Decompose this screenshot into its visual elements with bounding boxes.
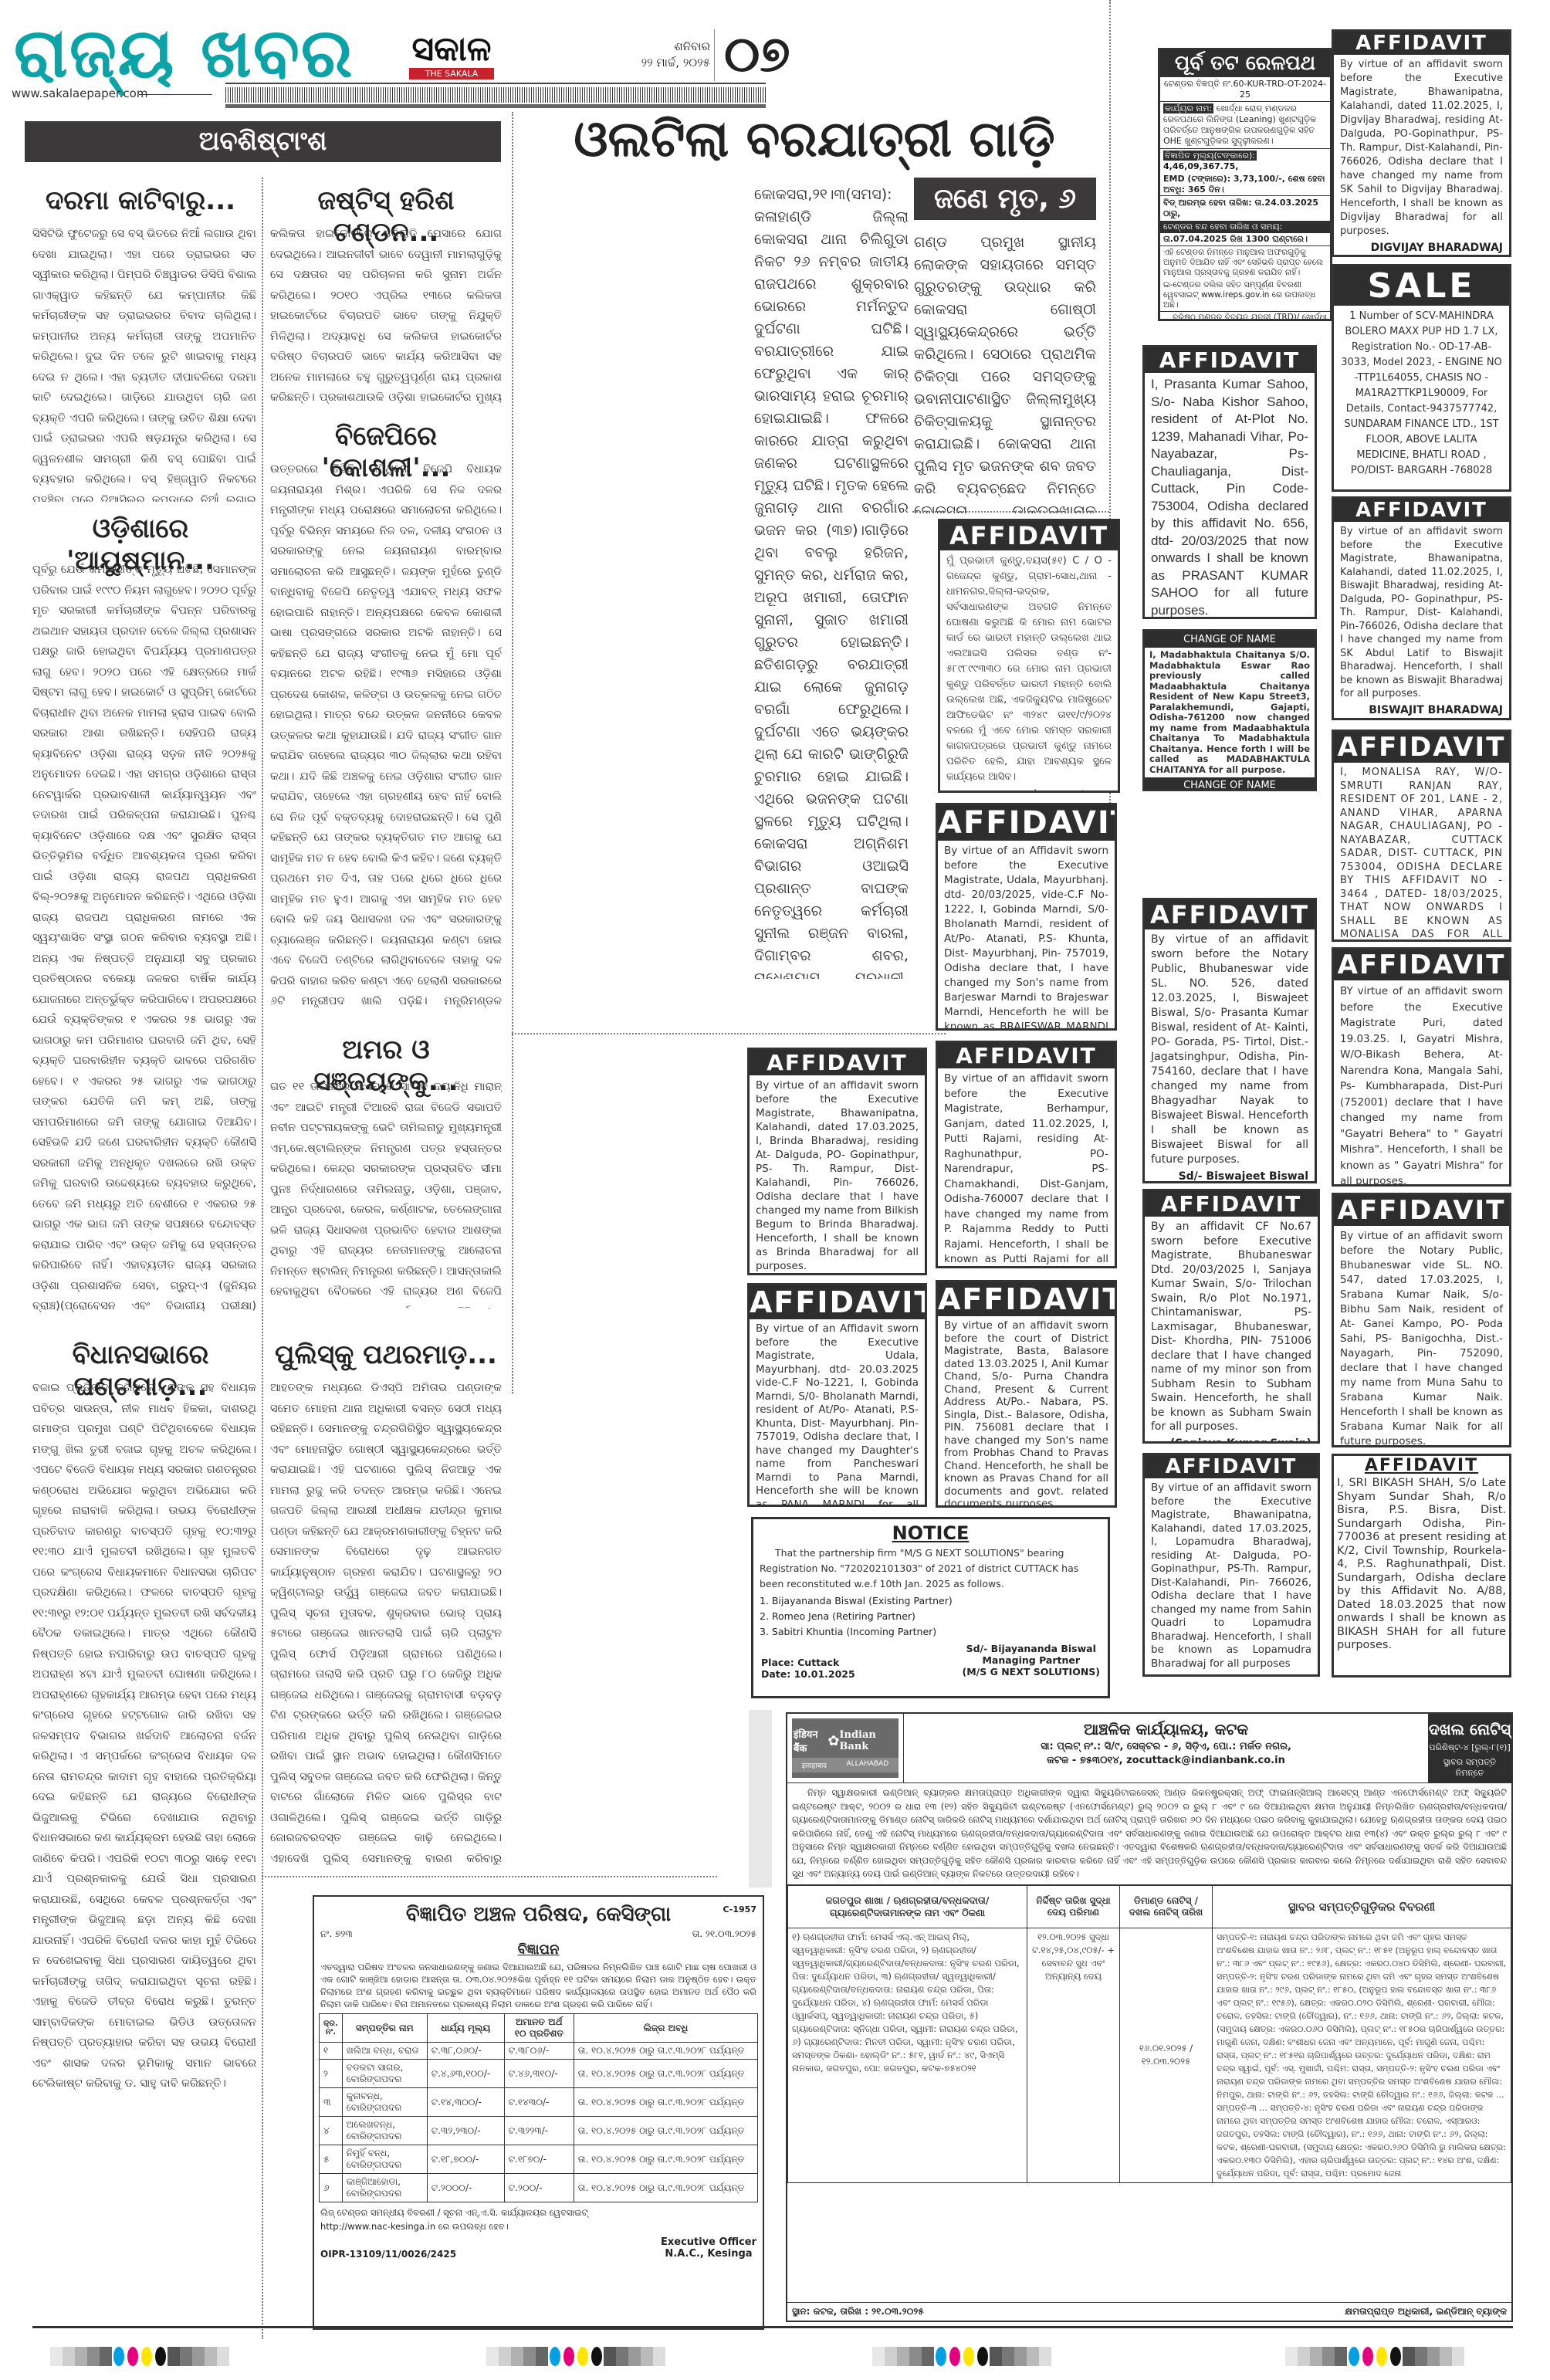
- affidavit-signature: Sd/- Biswajeet Biswal: [1145, 1170, 1315, 1183]
- cell: ତା. ୧୦.୪.୨୦୨୫ ଠାରୁ ତା.୯.୩.୨୦୨୮ ପର୍ଯ୍ୟନ୍ତ: [574, 2174, 757, 2202]
- cell: ଟ.୩୮,୦୬୦/-: [427, 2043, 504, 2060]
- ib-office-block: ଆଞ୍ଚଳିକ କାର୍ଯ୍ୟାଳୟ, କଟକ ସା: ପ୍ଲଟ୍ ନଂ.: ସ…: [903, 1714, 1428, 1782]
- affidavit-signature: DIGVIJAY BHARADWAJ: [1334, 242, 1509, 257]
- affidavit-body: By virtue of an affidavit sworn before t…: [1145, 929, 1315, 1170]
- affidavit-title: AFFIDAVIT: [1334, 499, 1509, 522]
- ib-intro: ନିମ୍ନ ସ୍ୱାକ୍ଷରକାରୀ ଇଣ୍ଡିଆନ୍ ବ୍ୟାଙ୍କର କ୍ଷ…: [787, 1783, 1511, 1885]
- article-body-salary: ସିସିଟିଭି ଫୁଟେଜରୁ ସେ ବସ୍ ଭିତରେ ନିଆଁ ଲଗାଉ …: [32, 224, 256, 502]
- cell: ଟ.୩୨,୨୩୦/-: [427, 2117, 504, 2145]
- affidavit-signature: BISWAJIT BHARADWAJ: [1334, 704, 1509, 719]
- masthead-rule-thick: [225, 104, 766, 108]
- affidavit-title: AFFIDAVIT: [750, 1285, 925, 1319]
- masthead-rule: [225, 83, 766, 84]
- affidavit-biswajeet-biswal[interactable]: AFFIDAVIT By virtue of an affidavit swor…: [1142, 898, 1317, 1183]
- affidavit-brinda[interactable]: AFFIDAVIT By virtue of an affidavit swor…: [747, 1048, 927, 1275]
- issue-day: ଶନିବାର: [610, 39, 710, 55]
- affidavit-body: By virtue of an Affidavit sworn before t…: [750, 1319, 925, 1507]
- cell: ଟ.୩୮୦୬/-: [504, 2043, 574, 2060]
- cell: ୪: [320, 2117, 343, 2145]
- affidavit-title: AFFIDAVIT: [1334, 32, 1509, 55]
- sale-title: SALE: [1334, 266, 1509, 306]
- affidavit-putti[interactable]: AFFIDAVIT By virtue of an affidavit swor…: [936, 1041, 1117, 1268]
- affidavit-signature: ସ୍ୱା/ - ପ୍ରଭାତୀ କୁଣ୍ଡୁ: [940, 788, 1118, 793]
- cell: ଖଲିଆ ବନ୍ଧ, ବରାଡ: [342, 2043, 427, 2060]
- affidavit-biswajit[interactable]: AFFIDAVIT By virtue of an affidavit swor…: [1332, 496, 1511, 720]
- affidavit-body: ମୁଁ ପ୍ରଭାତୀ କୁଣ୍ଡୁ,ବୟସ(୫୧) C / O - ଗଜେନ୍…: [940, 550, 1118, 788]
- affidavit-body: By virtue of an affidavit sworn before t…: [1334, 55, 1509, 242]
- affidavit-gobinda-son[interactable]: AFFIDAVIT By virtue of an Affidavit swor…: [936, 803, 1117, 1031]
- notice-date: Date: 10.01.2025: [761, 1668, 855, 1680]
- table-row: ୩କୁନାବନ୍ଧ, ବୋରିଙ୍ଗପଦରଟ.୧୪,୩୦୦/-ଟ.୧୪୩୦/-ତ…: [320, 2088, 758, 2117]
- notice-sig2: Managing Partner: [963, 1654, 1100, 1666]
- affidavit-prasanta[interactable]: AFFIDAVIT I, Prasanta Kumar Sahoo, S/o- …: [1142, 345, 1317, 619]
- page-number: ୦୭: [714, 29, 790, 81]
- affidavit-title: AFFIDAVIT: [1145, 900, 1315, 929]
- railway-work: କାର୍ଯ୍ୟର ନାମ: ଖୋର୍ଦ୍ଧା ରୋଡ୍ ମଣ୍ଡଳର ରେଳପଥ…: [1160, 102, 1330, 148]
- cell: ୬: [320, 2174, 343, 2202]
- affidavit-signature: (Sanjaya Kumar Swain): [1145, 1437, 1318, 1444]
- affidavit-title: AFFIDAVIT: [1334, 732, 1509, 763]
- cell-property: ସମ୍ପତ୍ତି-୧: ନାରାୟଣ ଚନ୍ଦ୍ର ପରିଡାଙ୍କ ନାମରେ…: [1213, 1928, 1511, 2182]
- logo-english: Indian Bank: [839, 1729, 897, 1752]
- affidavit-body: By virtue of an affidavit sworn before t…: [1145, 1478, 1318, 1674]
- notice-place: Place: Cuttack: [761, 1657, 855, 1668]
- article-headline-police-stoning: ପୁଲିସ୍‌କୁ ପଥରମାଡ଼...: [266, 1339, 506, 1371]
- table-row: ୨ବଡକଟା ସାଗର, ବୋରିଙ୍ଗପଦରଟ.୪,୬୩,୧୦୦/-ଟ.୪୬,…: [320, 2060, 758, 2088]
- cell: ଟ.୨୦୦/-: [504, 2174, 574, 2202]
- article-headline-salary: ଦରମା କାଟିବାରୁ...: [25, 185, 256, 217]
- railway-note: ଏହି ଟେଣ୍ଡର ନିମନ୍ତେ ମାନୁଆଲ ଅଫରଗୁଡ଼ିକୁ ଅନୁ…: [1160, 245, 1330, 279]
- affidavit-body: By virtue of an Affidavit sworn before t…: [938, 841, 1115, 1031]
- sale-body: 1 Number of SCV-MAHINDRA BOLERO MAXX PUP…: [1334, 306, 1509, 482]
- kesinga-code: C-1957: [723, 1904, 756, 1914]
- cell: ଟ.୨୦୦୦/-: [427, 2174, 504, 2202]
- main-headline: ଓଲଟିଲା ବରଯାତ୍ରୀ ଗାଡ଼ି: [521, 112, 1108, 169]
- logo-allahabad-en: ALLAHABAD: [846, 1760, 888, 1770]
- notice-sig1: Sd/- Bijayananda Biswal: [963, 1643, 1100, 1654]
- cell: ତା. ୧୦.୪.୨୦୨୫ ଠାରୁ ତା.୯.୩.୨୦୨୮ ପର୍ଯ୍ୟନ୍ତ: [574, 2117, 757, 2145]
- ib-authority: କ୍ଷମତାପ୍ରାପ୍ତ ଅଧିକାରୀ, ଇଣ୍ଡିଆନ୍ ବ୍ୟାଙ୍କ: [1345, 2306, 1507, 2317]
- kesinga-subtitle: ବିଜ୍ଞାପନ: [314, 1942, 763, 1958]
- railway-ireps[interactable]: ଇ-ଟେଣ୍ଡର ଦଲିଲ ସହିତ ସମ୍ପୂର୍ଣ୍ଣ ବିବରଣୀ ୱେବ…: [1160, 279, 1330, 311]
- color-registration-strip: [1285, 2347, 1464, 2366]
- ib-address2: କଟକ - ୭୫୩୦୧୪, zocuttack@indianbank.co.in: [904, 1755, 1428, 1766]
- main-subhead: ଜଣେ ମୃତ, ୬ ଗୁରୁତର: [914, 178, 1096, 220]
- ib-place-date: ସ୍ଥାନ: କଟକ, ତାରିଖ : ୨୧.୦୩.୨୦୨୫: [792, 2306, 924, 2317]
- cell: ତା. ୧୦.୪.୨୦୨୫ ଠାରୁ ତା.୯.୩.୨୦୨୮ ପର୍ଯ୍ୟନ୍ତ: [574, 2043, 757, 2060]
- kesinga-ref-row: ନଂ. ୭୨୩ ତା. ୨୧.୦୩.୨୦୨୫: [314, 1927, 763, 1942]
- railway-bid-start: ବିଡ୍ ଆରମ୍ଭ ହେବା ତାରିଖ: ତା.24.03.2025 ଠାର…: [1160, 195, 1330, 221]
- footer-rule: [32, 2326, 1513, 2328]
- affidavit-body: By an affidavit CF No.67 sworn before Ex…: [1145, 1217, 1318, 1437]
- article-body-amar-sanjay: ଗତ ୧୧ ତାରିଖରେ ଡିଏମ୍‌କେ ସାଂସଦ ଦୟାନିଧି ମାର…: [270, 1077, 502, 1308]
- article-body-koshali: ଉତ୍ତରରେ ଚିହିଁକି ଉଠିଥିଲେ ବିଜେପି ବିଧାୟକ ଜୟ…: [270, 459, 502, 1007]
- notice-sig3: (M/S G NEXT SOLUTIONS): [963, 1666, 1100, 1678]
- affidavit-title: AFFIDAVIT: [938, 1043, 1115, 1068]
- cell-amount: ୧୨.୦୩.୨୦୨୫ ସୁଦ୍ଧା ଟ.୧୪,୨୫,୦୪,୯୦୫/- + ସେବ…: [1027, 1928, 1120, 2182]
- partnership-notice[interactable]: NOTICE That the partnership firm "M/S G …: [751, 1517, 1110, 1698]
- remainder-banner: ଅବଶିଷ୍ଟାଂଶ: [25, 121, 501, 162]
- affidavit-srabana[interactable]: AFFIDAVIT By virtue of an affidavit swor…: [1332, 1193, 1511, 1447]
- cell: ତା. ୧୦.୪.୨୦୨୫ ଠାରୁ ତା.୯.୩.୨୦୨୮ ପର୍ଯ୍ୟନ୍ତ: [574, 2088, 757, 2117]
- bank-emblem-icon: ✿: [827, 1733, 839, 1749]
- kesinga-date: ତା. ୨୧.୦୩.୨୦୨୫: [692, 1928, 756, 1940]
- kesinga-footer-note: ଲିଜ୍ ଟେଣ୍ଡର ସମନ୍ଧୀୟ ବିବରଣୀ / ସୂଚନା ଏନ୍.ଏ…: [314, 2202, 628, 2236]
- col-property: ସମ୍ପତ୍ତିର ନାମ: [342, 2014, 427, 2043]
- affidavit-title: AFFIDAVIT: [750, 1050, 925, 1075]
- kesinga-footer: OIPR-13109/11/0026/2425 Executive Office…: [314, 2236, 763, 2260]
- main-story-col1: କୋକସରା,୨୧।୩(ସମସ): କଳାହାଣ୍ଡି ଜିଲ୍ଲା କୋକସର…: [754, 184, 909, 979]
- ib-address1: ସା: ପ୍ଲଟ୍ ନଂ.: ସି/୯, ସେକ୍ଟର - ୬, ସିଡ଼ିଏ,…: [904, 1741, 1428, 1752]
- affidavit-title: AFFIDAVIT: [1334, 1456, 1509, 1475]
- kesinga-number: ନଂ. ୭୨୩: [320, 1928, 353, 1940]
- table-row: ୧) ଋଣଗ୍ରହୀତା ଫାର୍ମ: ମେସର୍ସ ଏଲ୍.ଏନ୍ ଆଇସ୍ …: [788, 1928, 1511, 2182]
- affidavit-bikash[interactable]: AFFIDAVIT I, SRI BIKASH SHAH, S/o Late S…: [1332, 1454, 1511, 1678]
- cell: ଟ.୪୬,୩୧୦/-: [504, 2060, 574, 2088]
- col-serial: କ୍ର. ନଂ.: [320, 2014, 343, 2043]
- article-body-assembly: ବଜାଇ ପ୍ରତିବାଦ କରିଥିଲେ। ତାଙ୍କ ସହ ବିଧାୟକ ପ…: [32, 1378, 256, 2339]
- railway-tender-ad[interactable]: ପୂର୍ବ ତଟ ରେଳପଥ ଟେଣ୍ଡର ବିଜ୍ଞପ୍ତି ନଂ.60-KU…: [1158, 48, 1332, 321]
- kesinga-nac-ad[interactable]: ବିଜ୍ଞାପିତ ଅଞ୍ଚଳ ପରିଷଦ, କେସିଙ୍ଗା C-1957 ନ…: [313, 1895, 764, 2330]
- cell: ଟ.୩୨୨୩/-: [504, 2117, 574, 2145]
- ib-notice-title: ଦଖଲ ନୋଟିସ୍: [1428, 1720, 1511, 1738]
- police-story-bottom-border: [262, 1876, 717, 1877]
- railway-tender-no: ଟେଣ୍ଡର ବିଜ୍ଞପ୍ତି ନଂ.60-KUR-TRD-OT-2024-2…: [1160, 77, 1330, 102]
- ib-notice-sub2: ସ୍ଥାବର ସମ୍ପତ୍ତି ନିମନ୍ତେ: [1428, 1757, 1511, 1779]
- date-block: ଶନିବାର ୨୨ ମାର୍ଚ୍ଚ, ୨୦୨୫: [610, 39, 710, 71]
- affidavit-prabhati[interactable]: AFFIDAVIT ମୁଁ ପ୍ରଭାତୀ କୁଣ୍ଡୁ,ବୟସ(୫୧) C /…: [938, 519, 1120, 793]
- railway-value-amount: 4,46,09,367.75,: [1163, 161, 1238, 171]
- cell-dates: ୧୬.୦୧.୨୦୨୫ / ୧୨.୦୩.୨୦୨୫: [1120, 1928, 1213, 2182]
- logo-allahabad-hi: इलाहाबाद: [802, 1760, 827, 1770]
- affidavit-body: By virtue of an affidavit sworn before t…: [1334, 1226, 1509, 1447]
- cell: ୩: [320, 2088, 343, 2117]
- railway-close: ତା.07.04.2025 ରିଖ 1300 ଘଣ୍ଟାରେ।: [1160, 233, 1330, 245]
- kesinga-lease-table: କ୍ର. ନଂ. ସମ୍ପତ୍ତିର ନାମ ଧାର୍ଯ୍ୟ ମୂଲ୍ୟ ଅମା…: [319, 2013, 758, 2202]
- notice-partner-3: 3. Sabitri Khuntia (Incoming Partner): [753, 1624, 1108, 1640]
- table-header-row: କ୍ର. ନଂ. ସମ୍ପତ୍ତିର ନାମ ଧାର୍ଯ୍ୟ ମୂଲ୍ୟ ଅମା…: [320, 2014, 758, 2043]
- affidavit-body: By virtue of an affidavit sworn before t…: [938, 1316, 1115, 1508]
- table-row: ୪ଅଲେଖବନ୍ଧ, ବୋରିଙ୍ଗପଦରଟ.୩୨,୨୩୦/-ଟ.୩୨୨୩/-ତ…: [320, 2117, 758, 2145]
- logo-hindi: इंडियन बैंक: [794, 1727, 827, 1755]
- affidavit-gayatri[interactable]: AFFIDAVIT BY virtue of an affidavit swor…: [1332, 947, 1511, 1187]
- col-amount: ନିର୍ଦ୍ଦିଷ୍ଟ ତାରିଖ ସୁଦ୍ଧା ଦେୟ ପରିମାଣ: [1027, 1885, 1120, 1928]
- affidavit-body: By virtue of an affidavit sworn before t…: [750, 1075, 925, 1275]
- issue-date: ୨୨ ମାର୍ଚ୍ଚ, ୨୦୨୫: [610, 55, 710, 71]
- col-deposit: ଅମାନତ ଅର୍ଥ ୧୦ ପ୍ରତିଶତ: [504, 2014, 574, 2043]
- affidavit-body: I, MONALISA RAY, W/O- SMRUTI RANJAN RAY,…: [1334, 763, 1509, 942]
- col-property-details: ସ୍ଥାବର ସମ୍ପତ୍ତିଗୁଡ଼ିକର ବିବରଣୀ: [1213, 1885, 1511, 1928]
- kesinga-oipr: OIPR-13109/11/0026/2425: [320, 2249, 456, 2260]
- website-rule: [139, 94, 212, 95]
- sale-ad[interactable]: SALE 1 Number of SCV-MAHINDRA BOLERO MAX…: [1332, 264, 1511, 492]
- ib-header: इंडियन बैंक ✿ Indian Bank इलाहाबाद ALLAH…: [787, 1714, 1511, 1783]
- cell: ତା. ୧୦.୪.୨୦୨୫ ଠାରୁ ତା.୯.୩.୨୦୨୮ ପର୍ଯ୍ୟନ୍ତ: [574, 2060, 757, 2088]
- affidavit-signature: LOPAMUDRA BHARADWAJ: [1145, 1674, 1318, 1677]
- section-title: ରାଜ୍ୟ ଖବର: [14, 19, 354, 87]
- table-row: ୫ନିମୁହିଁ ବନ୍ଧ, ବୋରିଙ୍ଗପଦରଟ.୧୮,୭୦୦/-ଟ.୧୮୭…: [320, 2145, 758, 2174]
- col-value: ଧାର୍ଯ୍ୟ ମୂଲ୍ୟ: [427, 2014, 504, 2043]
- change-of-name-chaitanya[interactable]: CHANGE OF NAME I, Madabhaktula Chaitanya…: [1142, 629, 1317, 791]
- table-header-row: ଜଗତପୁର ଶାଖା / ଋଣଗ୍ରହୀତା/ବନ୍ଧକଦାତା/ ଗ୍ୟାର…: [788, 1885, 1511, 1928]
- cell: କୁନାବନ୍ଧ, ବୋରିଙ୍ଗପଦର: [342, 2088, 427, 2117]
- affidavit-title: AFFIDAVIT: [1334, 1195, 1509, 1226]
- article-body-justice: କଲିକତା ହାଇକୋର୍ଟରେ ଓକିଲାତି ପେସାରେ ଯୋଗ ଦେଇ…: [270, 224, 502, 409]
- kesinga-title: ବିଜ୍ଞାପିତ ଅଞ୍ଚଳ ପରିଷଦ, କେସିଙ୍ଗା: [314, 1897, 763, 1927]
- col-notice-dates: ଡିମାଣ୍ଡ ନୋଟିସ୍ / ଦଖଲ ନୋଟିସ୍ ତାରିଖ: [1120, 1885, 1213, 1928]
- masthead-barcode-strip: [225, 87, 766, 103]
- railway-emd: EMD (ଟଙ୍କାରେ): 3,73,100/-, ଶେଷ ହେବା ଅବଧି…: [1160, 174, 1330, 195]
- railway-work-label: କାର୍ଯ୍ୟର ନାମ:: [1163, 103, 1213, 113]
- affidavit-title: AFFIDAVIT: [1334, 950, 1509, 980]
- color-registration-strip: [872, 2347, 1051, 2366]
- main-story-mid-border: [912, 511, 1109, 513]
- ib-office: ଆଞ୍ଚଳିକ କାର୍ଯ୍ୟାଳୟ, କଟକ: [904, 1720, 1428, 1738]
- cell: ଟ.୧୪,୩୦୦/-: [427, 2088, 504, 2117]
- affidavit-digvijay[interactable]: AFFIDAVIT By virtue of an affidavit swor…: [1332, 29, 1511, 257]
- notice-title: NOTICE: [753, 1522, 1108, 1544]
- ib-footer: ସ୍ଥାନ: କଟକ, ତାରିଖ : ୨୧.୦୩.୨୦୨୫ କ୍ଷମତାପ୍ର…: [787, 2302, 1511, 2321]
- color-registration-strip: [486, 2347, 665, 2366]
- sakala-logo[interactable]: ସକାଳ THE SAKALA: [409, 32, 494, 80]
- logo-wordmark: ସକାଳ: [409, 32, 494, 66]
- cell: ଟ.୧୪୩୦/-: [504, 2088, 574, 2117]
- cell: ୫: [320, 2145, 343, 2174]
- change-of-name-body: I, Madabhaktula Chaitanya S/O. Madabhakt…: [1145, 648, 1315, 777]
- cell: ନିମୁହିଁ ବନ୍ଧ, ବୋରିଙ୍ଗପଦର: [342, 2145, 427, 2174]
- railway-value-label: ବିଜ୍ଞାପିତ ମୂଲ୍ୟ(ଟଙ୍କାରେ):: [1163, 151, 1257, 161]
- main-story-bottom-border: [512, 1033, 946, 1034]
- kesinga-nac: N.A.C., Kesinga: [661, 2248, 756, 2260]
- cell: ଟ.୪,୬୩,୧୦୦/-: [427, 2060, 504, 2088]
- main-story-col2: ଗଣ୍ଡ ପ୍ରମୁଖ ସ୍ଥାନୀୟ ଲୋକଙ୍କ ସହାୟତାରେ ସମସ୍…: [914, 232, 1096, 513]
- notice-partner-1: 1. Bijayananda Biswal (Existing Partner): [753, 1593, 1108, 1609]
- railway-value: ବିଜ୍ଞାପିତ ମୂଲ୍ୟ(ଟଙ୍କାରେ): 4,46,09,367.75…: [1160, 148, 1330, 174]
- affidavit-body: By virtue of an affidavit sworn before t…: [1334, 522, 1509, 704]
- indian-bank-logo: इंडियन बैंक ✿ Indian Bank इलाहाबाद ALLAH…: [792, 1718, 899, 1778]
- affidavit-lopamudra[interactable]: AFFIDAVIT By virtue of an affidavit swor…: [1142, 1453, 1320, 1677]
- website-url[interactable]: www.sakalaepaper.com: [12, 86, 147, 100]
- affidavit-anil[interactable]: AFFIDAVIT By virtue of an affidavit swor…: [936, 1280, 1117, 1508]
- ib-notice-badge: ଦଖଲ ନୋଟିସ୍ ପରିଶିଷ୍ଟ-୪ [ରୁଲ୍-୮(୧)] ସ୍ଥାବର…: [1428, 1714, 1511, 1782]
- railway-signatory: ବରିଷ୍ଠ ମଣ୍ଡଳ ବିଦ୍ୟୁତ୍ ଯନ୍ତ୍ରୀ (TRD)/ ଖୋର…: [1160, 311, 1330, 321]
- table-row: ୧ଖଲିଆ ବନ୍ଧ, ବରାଡଟ.୩୮,୦୬୦/-ଟ.୩୮୦୬/-ତା. ୧୦…: [320, 2043, 758, 2060]
- affidavit-body: BY virtue of an affidavit sworn before t…: [1334, 980, 1509, 1187]
- affidavit-title: AFFIDAVIT: [938, 805, 1115, 841]
- affidavit-title: AFFIDAVIT: [940, 521, 1118, 550]
- color-registration-strip: [50, 2347, 229, 2366]
- cell: କାଞ୍ଜିଆହୋଡା, ବୋରିଙ୍ଗପଦର: [342, 2174, 427, 2202]
- railway-close-label: ଟେଣ୍ଡର ବନ୍ଦ ହେବା ତାରିଖ ଓ ସମୟ:: [1160, 221, 1330, 233]
- left-col-divider: [262, 178, 263, 2339]
- notice-footer: Place: Cuttack Date: 10.01.2025 Sd/- Bij…: [753, 1640, 1108, 1683]
- cell: ଟ.୧୮,୭୦୦/-: [427, 2145, 504, 2174]
- article-body-ayushman: ପୂର୍ବରୁ ଯେଉଁ କର୍ମଚାରୀଙ୍କ ମୃତ୍ୟୁ ଘଟିଛି, ସ…: [32, 560, 256, 1316]
- notice-body: That the partnership firm "M/S G NEXT SO…: [753, 1544, 1108, 1593]
- logo-band: THE SAKALA: [409, 68, 494, 80]
- affidavit-body: I, SRI BIKASH SHAH, S/o Late Shyam Sunda…: [1334, 1475, 1509, 1654]
- affidavit-body: I, Prasanta Kumar Sahoo, S/o- Naba Kisho…: [1145, 373, 1315, 619]
- article-body-police-stoning: ଆହତଙ୍କ ମଧ୍ୟରେ ଡିଏସ୍‌ପି ଅମିତାଭ ପଣ୍ଡାଙ୍କ ସ…: [270, 1378, 502, 1872]
- affidavit-title: AFFIDAVIT: [938, 1282, 1115, 1316]
- kesinga-officer: Executive Officer: [661, 2236, 756, 2248]
- affidavit-title: AFFIDAVIT: [1145, 347, 1315, 373]
- affidavit-title: AFFIDAVIT: [1145, 1191, 1318, 1217]
- indian-bank-possession-notice[interactable]: इंडियन बैंक ✿ Indian Bank इलाहाबाद ALLAH…: [786, 1712, 1513, 2322]
- cell: ବଡକଟା ସାଗର, ବୋରିଙ୍ଗପଦର: [342, 2060, 427, 2088]
- change-of-name-title-2: CHANGE OF NAME: [1145, 777, 1315, 791]
- table-row: ୬କାଞ୍ଜିଆହୋଡା, ବୋରିଙ୍ଗପଦରଟ.୨୦୦୦/-ଟ.୨୦୦/-ତ…: [320, 2174, 758, 2202]
- cell: ୧: [320, 2043, 343, 2060]
- cell: ଅଲେଖବନ୍ଧ, ବୋରିଙ୍ଗପଦର: [342, 2117, 427, 2145]
- cell: ଟ.୧୮୭୦/-: [504, 2145, 574, 2174]
- railway-title: ପୂର୍ବ ତଟ ରେଳପଥ: [1160, 50, 1330, 77]
- cell: ତା. ୧୦.୪.୨୦୨୫ ଠାରୁ ତା.୯.୩.୨୦୨୮ ପର୍ଯ୍ୟନ୍ତ: [574, 2145, 757, 2174]
- ib-property-table: ଜଗତପୁର ଶାଖା / ଋଣଗ୍ରହୀତା/ବନ୍ଧକଦାତା/ ଗ୍ୟାର…: [787, 1885, 1511, 2183]
- kesinga-intro: ଏତଦ୍ୱାରା ପରିଷଦ ଅଂଚଳର ଜନସାଧାରଣଙ୍କୁ ଜଣାଇ ଦ…: [314, 1958, 763, 2013]
- affidavit-sanjaya[interactable]: AFFIDAVIT By an affidavit CF No.67 sworn…: [1142, 1189, 1320, 1444]
- cell: ୨: [320, 2060, 343, 2088]
- affidavit-body: By virtue of an affidavit sworn before t…: [938, 1068, 1115, 1268]
- cell-borrowers: ୧) ଋଣଗ୍ରହୀତା ଫାର୍ମ: ମେସର୍ସ ଏଲ୍.ଏନ୍ ଆଇସ୍ …: [788, 1928, 1027, 2182]
- main-story-border-left: [512, 112, 513, 1393]
- affidavit-monalisa[interactable]: AFFIDAVIT I, MONALISA RAY, W/O- SMRUTI R…: [1332, 730, 1511, 942]
- affidavit-gobinda-daughter[interactable]: AFFIDAVIT By virtue of an Affidavit swor…: [747, 1283, 927, 1507]
- affidavit-title: AFFIDAVIT: [1145, 1455, 1318, 1478]
- col-branch-borrowers: ଜଗତପୁର ଶାଖା / ଋଣଗ୍ରହୀତା/ବନ୍ଧକଦାତା/ ଗ୍ୟାର…: [788, 1885, 1027, 1928]
- change-of-name-title: CHANGE OF NAME: [1145, 631, 1315, 648]
- notice-partner-2: 2. Romeo Jena (Retiring Partner): [753, 1609, 1108, 1624]
- col-lease-period: ଲିଜ୍‌ର ଅବଧି: [574, 2014, 757, 2043]
- ib-notice-sub: ପରିଶିଷ୍ଟ-୪ [ରୁଲ୍-୮(୧)]: [1428, 1742, 1511, 1753]
- grey-spacer-block: [749, 1710, 772, 1887]
